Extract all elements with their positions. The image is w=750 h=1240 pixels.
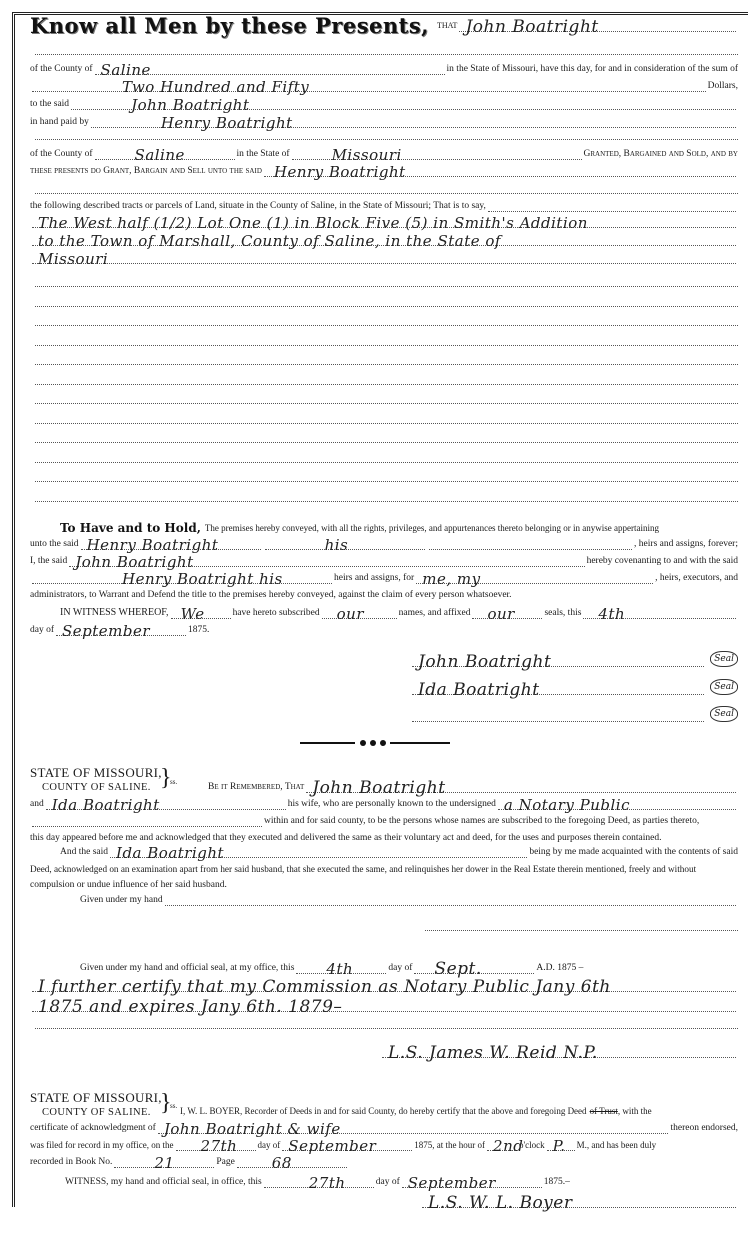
- official-label: Given under my hand and official seal, a…: [80, 962, 294, 974]
- land-line: Missouri: [30, 254, 738, 264]
- filed-row: was filed for record in my office, on th…: [30, 1139, 738, 1151]
- blank-line: [35, 1028, 738, 1029]
- wife-text: his wife, who are personally known to th…: [288, 798, 496, 810]
- our-value: our: [337, 608, 364, 620]
- for-value: me, my: [422, 573, 480, 585]
- commission-line: 1875 and expires Jany 6th. 1879–: [30, 1002, 738, 1012]
- ss-label: ss.: [170, 1102, 177, 1110]
- blank-line: [35, 306, 738, 307]
- heirs-assigns-text: heirs and assigns, for: [334, 572, 414, 584]
- certify-end: , with the: [618, 1105, 652, 1117]
- appeared-text: this day appeared before me and acknowle…: [30, 832, 736, 844]
- witness-year: 1875.: [188, 624, 209, 636]
- covenant-text: hereby covenanting to and with the said: [587, 555, 738, 567]
- names-text: names, and affixed: [399, 607, 471, 619]
- seals-text: seals, this: [544, 607, 581, 619]
- commission-line: I further certify that my Commission as …: [30, 982, 738, 992]
- rec-witness-label: WITNESS, my hand and official seal, in o…: [65, 1176, 262, 1188]
- and-label: and: [30, 798, 44, 810]
- blank-line: [35, 286, 738, 287]
- official-seal-row: Given under my hand and official seal, a…: [80, 962, 738, 974]
- that-label: THAT: [437, 20, 457, 32]
- recorder-signature-line: L.S. W. L. Boyer: [420, 1198, 738, 1208]
- his-value: his: [325, 539, 349, 551]
- official-month-value: Sept.: [434, 963, 481, 975]
- notary-signature: L.S. James W. Reid N.P.: [388, 1047, 598, 1059]
- and-said-label: And the said: [60, 846, 108, 858]
- blank-line: [35, 364, 738, 365]
- subscribed-text: have hereto subscribed: [233, 607, 320, 619]
- wife-row: and Ida Boatright his wife, who are pers…: [30, 798, 738, 810]
- covenant-row: Henry Boatright his heirs and assigns, f…: [30, 572, 738, 584]
- grantor-county-row: of the County of Saline in the State of …: [30, 63, 738, 75]
- habendum-text: The premises hereby conveyed, with all t…: [205, 522, 659, 534]
- book-label: recorded in Book No.: [30, 1156, 112, 1168]
- wife-value: Ida Boatright: [52, 799, 160, 811]
- paid-by-row: in hand paid by Henry Boatright: [30, 116, 738, 128]
- to-said-row: to the said John Boatright: [30, 98, 738, 110]
- witness-label: IN WITNESS WHEREOF,: [60, 607, 169, 619]
- filed-label: was filed for record in my office, on th…: [30, 1139, 174, 1151]
- unto-value: Henry Boatright: [87, 539, 219, 551]
- witness-month-value: September: [62, 625, 150, 637]
- blank-line: [35, 54, 738, 55]
- blank-line: [425, 930, 738, 931]
- grant-row: these presents do Grant, Bargain and Sel…: [30, 165, 738, 177]
- witness-day-value: 4th: [598, 608, 625, 620]
- within-row: within and for said county, to be the pe…: [30, 815, 738, 827]
- hour-value: 2nd: [493, 1140, 523, 1152]
- day-of-label: day of: [258, 1139, 281, 1151]
- seal-icon: Seal: [710, 706, 738, 722]
- granted-text: Granted, Bargained and Sold, and by: [584, 148, 739, 160]
- given-hand-row: Given under my hand: [80, 894, 738, 906]
- title-row: Know all Men by these Presents, THAT Joh…: [30, 20, 738, 32]
- our2-value: our: [487, 608, 514, 620]
- acquainted-text: being by me made acquainted with the con…: [529, 846, 738, 858]
- state-label: in the State of: [237, 148, 290, 160]
- filed-day-value: 27th: [201, 1140, 238, 1152]
- unto-label: unto the said: [30, 538, 79, 550]
- remembered-value: John Boatright: [312, 782, 445, 794]
- heirs-text: , heirs and assigns, forever;: [634, 538, 738, 550]
- cert-value: John Boatright & wife: [164, 1123, 341, 1135]
- compulsion-text: compulsion or undue influence of her sai…: [30, 879, 736, 891]
- signature-line: John Boatright Seal: [410, 651, 738, 667]
- rec-witness-month-value: September: [408, 1177, 496, 1189]
- paid-by-value: Henry Boatright: [161, 117, 293, 129]
- ampm-value: P.: [553, 1140, 566, 1152]
- i-said-row: I, the said John Boatright hereby covena…: [30, 555, 738, 567]
- struck-text: of Trust: [590, 1105, 618, 1117]
- ack-state: STATE OF MISSOURI,: [30, 765, 162, 781]
- land-line: The West half (1/2) Lot One (1) in Block…: [30, 218, 738, 228]
- within-text: within and for said county, to be the pe…: [264, 815, 699, 827]
- given-label: Given under my hand: [80, 894, 163, 906]
- seal-icon: Seal: [710, 679, 738, 695]
- grantee-state-value: Missouri: [332, 149, 402, 161]
- certify-row: I, W. L. BOYER, Recorder of Deeds in and…: [180, 1105, 738, 1117]
- cert-label: certificate of acknowledgment of: [30, 1122, 156, 1134]
- notary-signature-line: L.S. James W. Reid N.P.: [380, 1048, 738, 1058]
- rec-state: STATE OF MISSOURI,: [30, 1090, 162, 1106]
- dollars-label: Dollars,: [708, 80, 738, 92]
- executors-text: , heirs, executors, and: [655, 572, 738, 584]
- warrant-row: administrators, to Warrant and Defend th…: [30, 589, 738, 601]
- ad-text: A.D. 1875 –: [536, 962, 583, 974]
- remembered-row: Be it Remembered, That John Boatright: [208, 781, 738, 793]
- blank-line: [35, 403, 738, 404]
- page-value: 68: [272, 1157, 292, 1169]
- signature-ida: Ida Boatright: [418, 684, 540, 696]
- witness-row: IN WITNESS WHEREOF, We have hereto subsc…: [60, 607, 738, 619]
- seal-icon: Seal: [710, 651, 738, 667]
- cert-ack-row: certificate of acknowledgment of John Bo…: [30, 1122, 738, 1134]
- book-value: 21: [154, 1157, 174, 1169]
- and-said-value: Ida Boatright: [116, 847, 224, 859]
- county-label: of the County of: [30, 148, 93, 160]
- presents-text: these presents do Grant, Bargain and Sel…: [30, 165, 262, 177]
- day-of-label: day of: [376, 1176, 400, 1188]
- duly-text: M., and has been duly: [577, 1139, 656, 1151]
- endorsed-text: thereon endorsed,: [670, 1122, 738, 1134]
- commission-text: 1875 and expires Jany 6th. 1879–: [38, 1001, 342, 1013]
- land-description-line: The West half (1/2) Lot One (1) in Block…: [38, 217, 588, 229]
- blank-line: [35, 139, 738, 140]
- book-row: recorded in Book No. 21 Page 68: [30, 1156, 738, 1168]
- filed-year-text: 1875, at the hour of: [414, 1139, 485, 1151]
- habendum-row: To Have and to Hold, The premises hereby…: [60, 522, 738, 534]
- covenant-value: Henry Boatright his: [122, 573, 283, 585]
- blank-line: [35, 462, 738, 463]
- blank-line: [35, 442, 738, 443]
- commission-text: I further certify that my Commission as …: [38, 981, 611, 993]
- warrant-text: administrators, to Warrant and Defend th…: [30, 589, 512, 601]
- paid-by-label: in hand paid by: [30, 116, 89, 128]
- to-said-value: John Boatright: [131, 99, 249, 111]
- witness-date-row: day of September 1875.: [30, 624, 738, 636]
- grantor-name: John Boatright: [465, 21, 598, 33]
- page-label: Page: [216, 1156, 234, 1168]
- land-intro-row: the following described tracts or parcel…: [30, 200, 738, 212]
- habendum-title: To Have and to Hold,: [60, 522, 201, 534]
- land-description-line: Missouri: [38, 253, 108, 265]
- rec-witness-day-value: 27th: [309, 1177, 346, 1189]
- ornament-divider: [300, 741, 450, 745]
- officer-value: a Notary Public: [504, 799, 630, 811]
- rec-county: COUNTY OF SALINE.: [42, 1107, 151, 1118]
- blank-line: [35, 481, 738, 482]
- and-said-row: And the said Ida Boatright being by me m…: [60, 846, 738, 858]
- day-of-label: day of: [388, 962, 412, 974]
- signature-line: Ida Boatright Seal: [410, 679, 738, 695]
- sum-value: Two Hundred and Fifty: [122, 81, 309, 93]
- grantee-county-row: of the County of Saline in the State of …: [30, 148, 738, 160]
- sum-row: Two Hundred and Fifty Dollars,: [30, 80, 738, 92]
- rec-witness-row: WITNESS, my hand and official seal, in o…: [65, 1176, 738, 1188]
- ack-county: COUNTY OF SALINE.: [42, 782, 151, 793]
- i-said-label: I, the said: [30, 555, 67, 567]
- unto-row: unto the said Henry Boatright his , heir…: [30, 538, 738, 550]
- filed-month-value: September: [288, 1140, 376, 1152]
- blank-line: [35, 423, 738, 424]
- official-day-value: 4th: [326, 963, 353, 975]
- deed-text: Deed, acknowledged on an examination apa…: [30, 863, 736, 875]
- i-said-value: John Boatright: [75, 556, 193, 568]
- rec-witness-year: 1875.–: [544, 1176, 570, 1188]
- remembered-text: Be it Remembered, That: [208, 781, 304, 793]
- state-text: in the State of Missouri, have this day,…: [447, 63, 738, 75]
- we-value: We: [181, 608, 205, 620]
- grantee-value: Henry Boatright: [274, 166, 406, 178]
- signature-john: John Boatright: [418, 656, 551, 668]
- blank-line: [35, 345, 738, 346]
- certify-text: I, W. L. BOYER, Recorder of Deeds in and…: [180, 1105, 587, 1117]
- to-said-label: to the said: [30, 98, 69, 110]
- county-label: of the County of: [30, 63, 93, 75]
- ss-label: ss.: [170, 778, 177, 786]
- land-description-line: to the Town of Marshall, County of Salin…: [38, 235, 501, 247]
- blank-line: [35, 384, 738, 385]
- land-intro: the following described tracts or parcel…: [30, 200, 486, 212]
- blank-line: [35, 193, 738, 194]
- grantor-county-value: Saline: [101, 64, 151, 76]
- land-line: to the Town of Marshall, County of Salin…: [30, 236, 738, 246]
- grantee-county-value: Saline: [135, 149, 185, 161]
- recorder-signature: L.S. W. L. Boyer: [428, 1197, 572, 1209]
- document-title: Know all Men by these Presents,: [30, 20, 429, 32]
- signature-line: Seal: [410, 706, 738, 722]
- blank-line: [35, 325, 738, 326]
- day-of-label: day of: [30, 624, 54, 636]
- blank-line: [35, 501, 738, 502]
